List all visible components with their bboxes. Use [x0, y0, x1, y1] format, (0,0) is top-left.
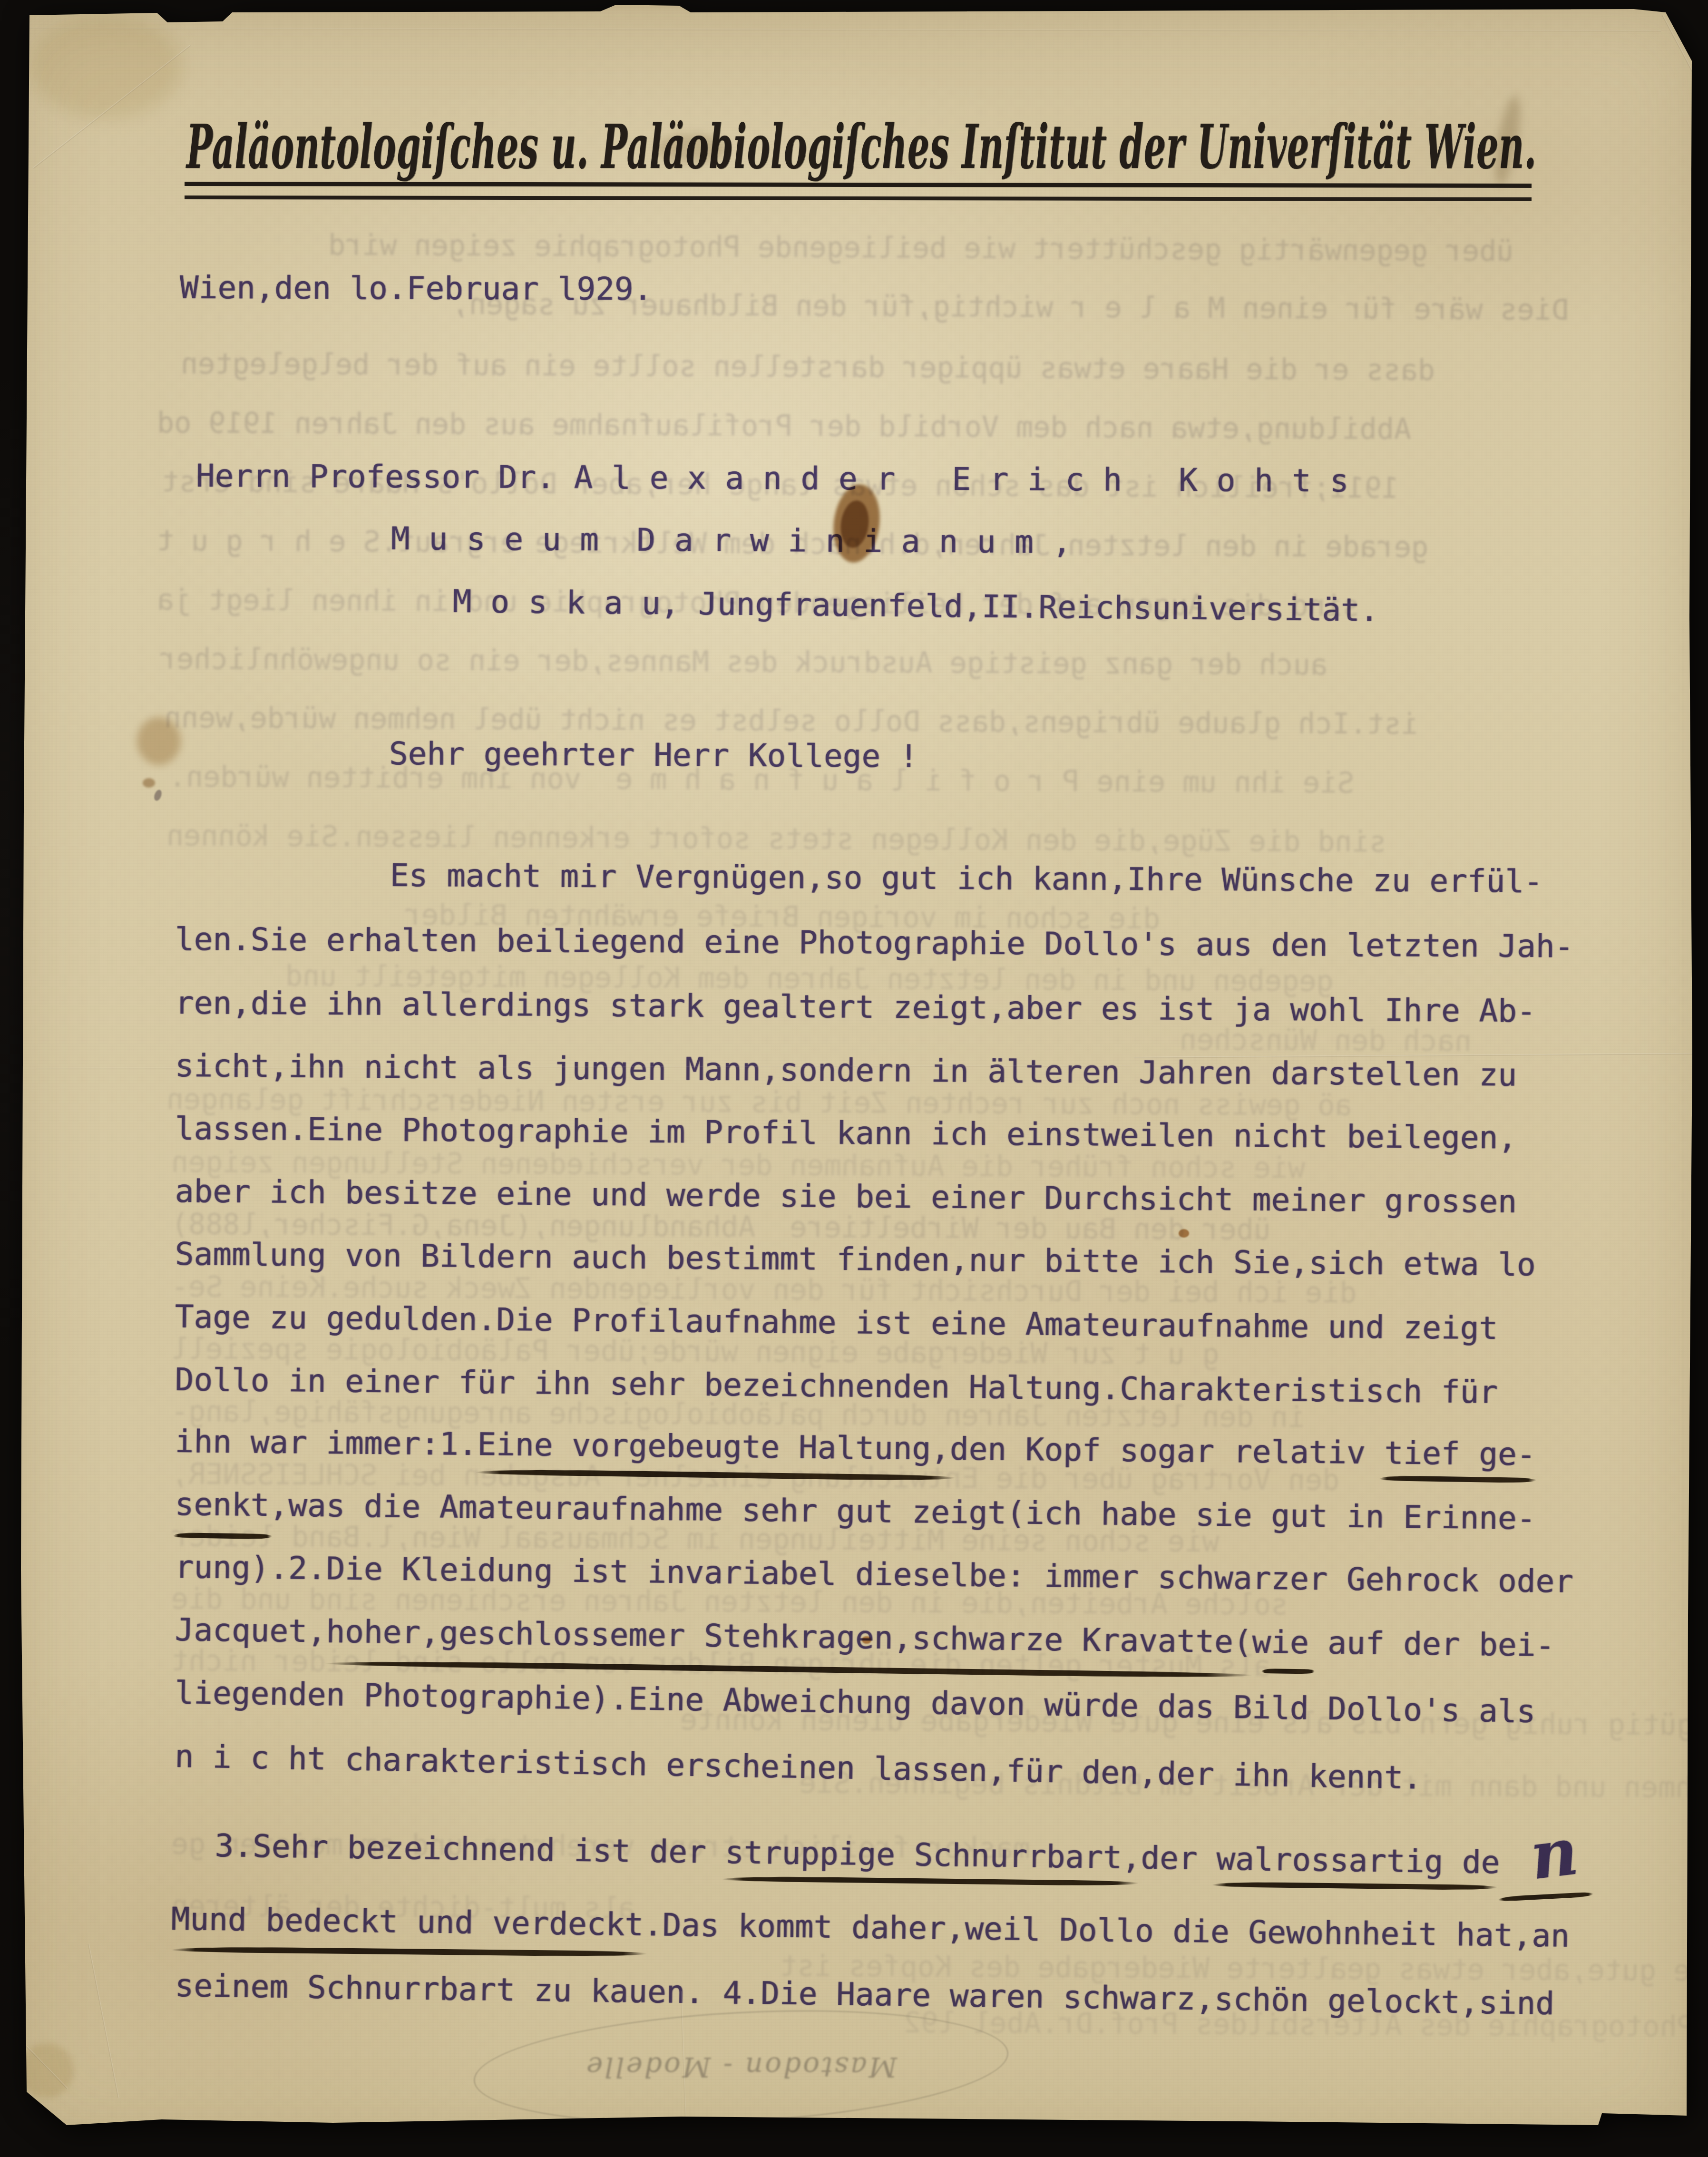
handwritten-correction: n	[1526, 1814, 1582, 1895]
recipient-line-3: M o s k a u, Jungfrauenfeld,II.Reichsuni…	[452, 586, 1379, 626]
paper-crease	[29, 28, 1661, 32]
letter-sheet: Paläontologiſches u. Paläobiologiſches I…	[0, 0, 1708, 2157]
letterhead-title: Paläontologiſches u. Paläobiologiſches I…	[186, 116, 1537, 178]
paper-crease	[1662, 15, 1698, 80]
bleedthrough-line: ist.Ich glaube übrigens,dass Dollo selbs…	[164, 703, 1418, 739]
paper-crease	[33, 45, 191, 169]
body-line-14: liegenden Photographie).Eine Abweichung …	[175, 1677, 1536, 1728]
bleedthrough-line: auch der ganz geistige Ausdruck des Mann…	[159, 645, 1328, 680]
ink-underline	[1212, 1882, 1497, 1890]
body-line-4: sicht,ihn nicht als jungen Mann,sondern …	[175, 1050, 1517, 1091]
body-line-15: n i c ht charakteristisch erscheinen las…	[175, 1741, 1422, 1794]
recipient-line-1: Herrn Professor Dr. A l e x a n d e r E …	[196, 460, 1349, 497]
body-line-1: Es macht mir Vergnügen,so gut ich kann,I…	[390, 860, 1543, 898]
scan-mat: Paläontologiſches u. Paläobiologiſches I…	[0, 0, 1708, 2157]
paper-stain	[143, 778, 155, 788]
ink-underline	[171, 1946, 647, 1957]
body-line-3: ren,die ihn allerdings stark gealtert ze…	[175, 987, 1536, 1027]
date-line: Wien,den lo.Februar l929.	[180, 272, 653, 305]
paper-stain	[19, 2043, 74, 2098]
bleedthrough-line: dass er die Haare etwas üppiger darstell…	[181, 350, 1435, 385]
recipient-line-2: M u s e u m D a r w i n i a n u m ,	[391, 523, 1072, 558]
bleedthrough-line: sind die Züge,die den Kollegen stets sof…	[166, 821, 1386, 856]
body-line-16: 3.Sehr bezeichnend ist der struppige Sch…	[215, 1830, 1500, 1878]
paper-crease	[26, 2045, 68, 2089]
scanned-letter-page: { "document_type": "typewritten letter s…	[0, 0, 1708, 2157]
bleedthrough-line: Abbildung,etwa nach dem Vorbild der Prof…	[157, 409, 1411, 444]
salutation: Sehr geehrter Herr Kollege !	[389, 738, 918, 772]
ink-underline	[1261, 1669, 1315, 1674]
body-line-2: len.Sie erhalten beiliegend eine Photogr…	[175, 924, 1574, 962]
bleedthrough-line: über gegenwärtig geschüttert wie beilieg…	[328, 231, 1514, 265]
pencil-note: Mastodon - Modelle	[585, 2050, 897, 2083]
paper-stain	[153, 789, 163, 801]
paper-stain	[29, 14, 182, 119]
ink-underline	[722, 1876, 1139, 1886]
paper-crease	[88, 1943, 119, 2098]
ink-underline	[1379, 1475, 1536, 1483]
body-line-17: Mund bedeckt und verdeckt.Das kommt dahe…	[171, 1903, 1570, 1952]
letterhead-double-rule	[185, 182, 1532, 201]
pencil-note-oval: Mastodon - Modelle	[471, 1998, 1012, 2136]
body-line-5: lassen.Eine Photographie im Profil kann …	[175, 1113, 1517, 1154]
bleedthrough-line: nach den Wünschen	[1180, 1025, 1472, 1055]
